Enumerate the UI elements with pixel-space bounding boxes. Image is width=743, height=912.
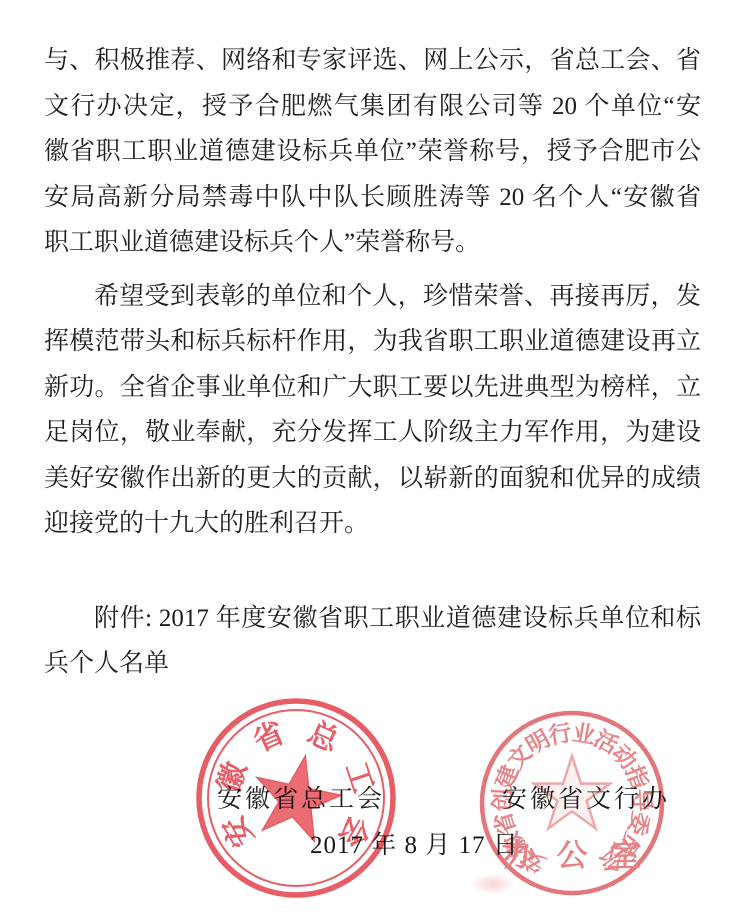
body-line: 迎接党的十九大的胜利召开。 — [44, 501, 701, 547]
svg-text:导: 导 — [628, 788, 655, 812]
svg-text:工: 工 — [339, 758, 380, 797]
document-body: 与、积极推荐、网络和专家评选、网上公示，省总工会、省 文行办决定，授予合肥燃气集… — [44, 38, 701, 687]
body-line: 希望受到表彰的单位和个人，珍惜荣誉、再接再厉，发 — [44, 274, 701, 320]
document-page: 与、积极推荐、网络和专家评选、网上公示，省总工会、省 文行办决定，授予合肥燃气集… — [0, 0, 743, 912]
body-line: 与、积极推荐、网络和专家评选、网上公示，省总工会、省 — [44, 38, 701, 84]
red-star-icon — [247, 747, 348, 844]
attachment-line: 附件: 2017 年度安徽省职工职业道德建设标兵单位和标 — [44, 596, 701, 642]
svg-text:省: 省 — [249, 716, 290, 758]
seal-office-label: 办公室 — [504, 838, 663, 873]
body-line: 美好安徽作出新的更大的贡献，以崭新的面貌和优异的成绩 — [44, 456, 701, 502]
attachment-line: 兵个人名单 — [44, 641, 701, 687]
body-line: 新功。全省企事业单位和广大职工要以先进典型为榜样，立 — [44, 365, 701, 411]
official-seal-left: 安徽省总工会 — [193, 695, 399, 901]
body-line: 文行办决定，授予合肥燃气集团有限公司等 20 个单位“安 — [44, 84, 701, 130]
svg-text:徽: 徽 — [212, 758, 253, 797]
body-line: 挥模范带头和标兵标杆作用，为我省职工职业道德建设再立 — [44, 319, 701, 365]
red-star-outline-icon — [534, 756, 610, 828]
body-line: 足岗位，敬业奉献，充分发挥工人阶级主力军作用，为建设 — [44, 410, 701, 456]
official-seal-right: 安徽省创建文明行业活动指导委员会 办公室 — [477, 708, 667, 898]
svg-text:总: 总 — [303, 716, 345, 759]
body-line: 职工职业道德建设标兵个人”荣誉称号。 — [44, 220, 701, 266]
body-line: 徽省职工职业道德建设标兵单位”荣誉称号，授予合肥市公 — [44, 129, 701, 175]
body-line: 安局高新分局禁毒中队中队长顾胜涛等 20 名个人“安徽省 — [44, 175, 701, 221]
